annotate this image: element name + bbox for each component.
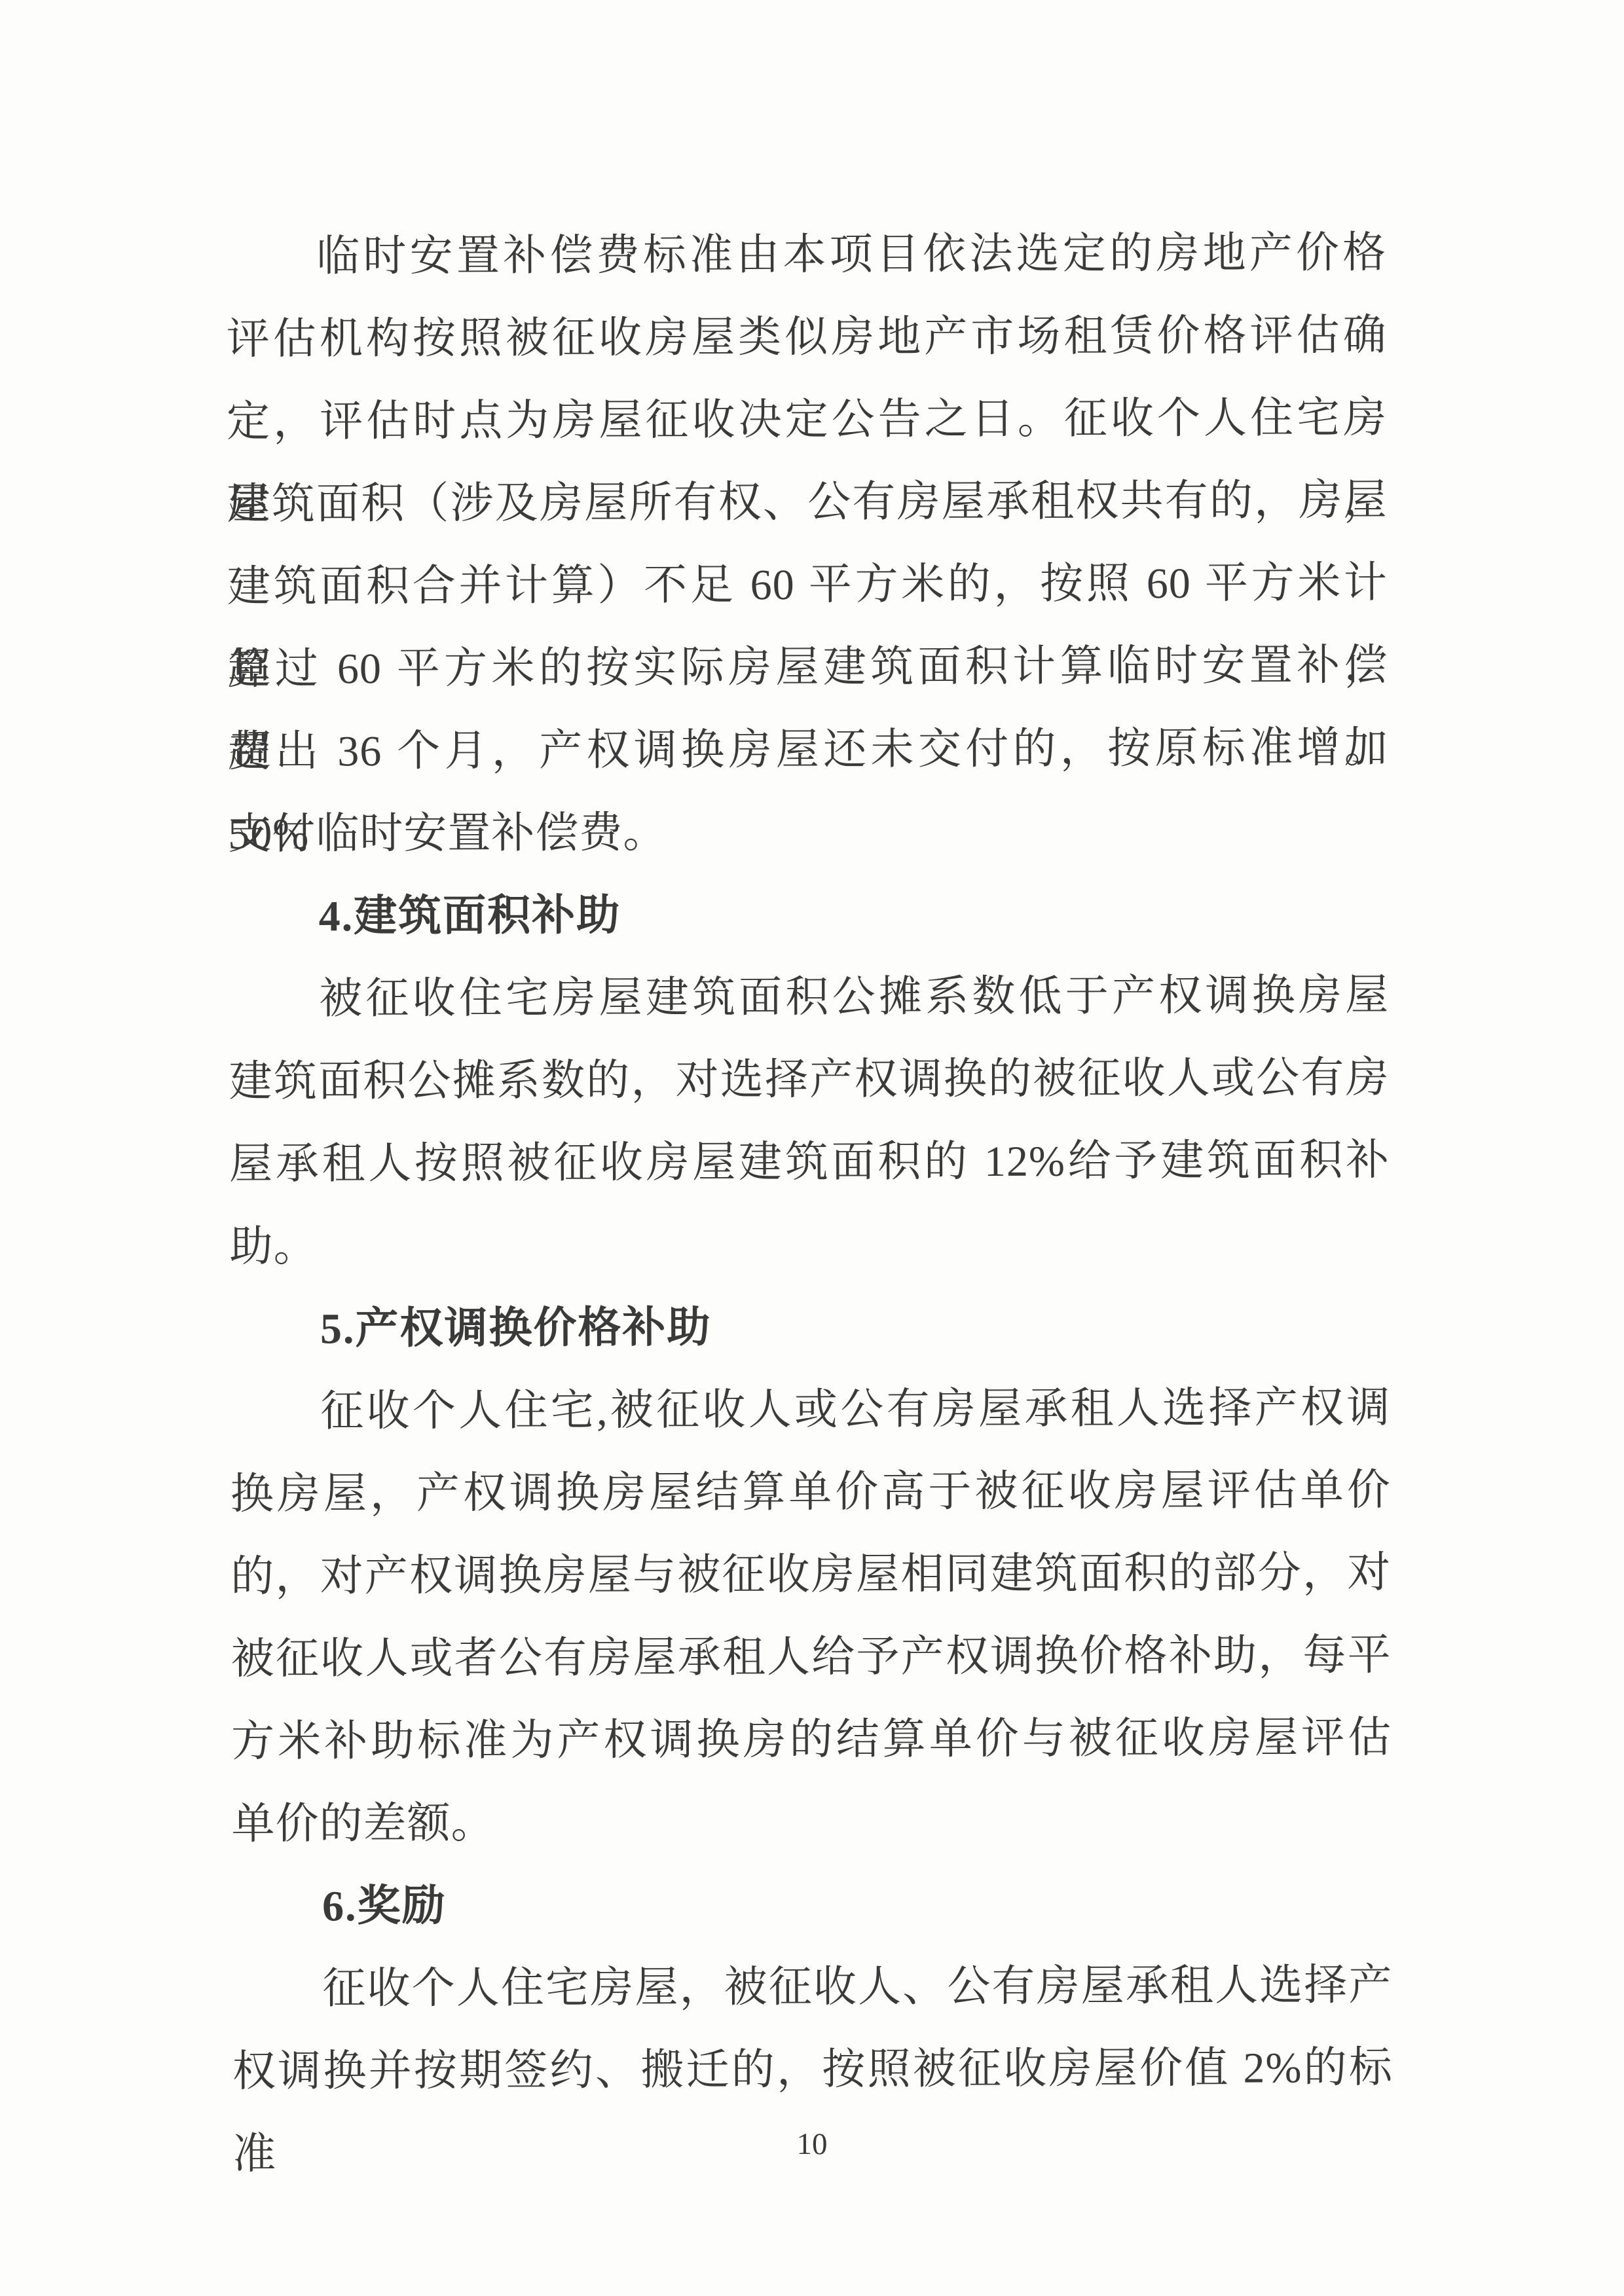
text-line: 征收个人住宅房屋，被征收人、公有房屋承租人选择产: [232, 1944, 1392, 2031]
text-line: 征收个人住宅,被征收人或公有房屋承租人选择产权调: [230, 1367, 1390, 1453]
document-page: 临时安置补偿费标准由本项目依法选定的房地产价格评估机构按照被征收房屋类似房地产市…: [0, 0, 1624, 2296]
section-heading: 4.建筑面积补助: [229, 872, 1389, 958]
text-line: 建筑面积（涉及房屋所有权、公有房屋承租权共有的，房屋: [227, 460, 1387, 546]
text-line: 权调换并按期签约、搬迁的，按照被征收房屋价值 2%的标准: [232, 2027, 1393, 2113]
text-line: 超出 36 个月，产权调换房屋还未交付的，按原标准增加 50%: [228, 707, 1388, 793]
text-line: 评估机构按照被征收房屋类似房地产市场租赁价格评估确: [226, 295, 1386, 381]
text-line: 助。: [229, 1202, 1390, 1288]
text-line: 建筑面积公摊系数的，对选择产权调换的被征收人或公有房: [229, 1037, 1389, 1123]
text-line: 建筑面积合并计算）不足 60 平方米的，按照 60 平方米计算，: [227, 542, 1388, 629]
text-line: 定，评估时点为房屋征收决定公告之日。征收个人住宅房屋，: [227, 377, 1387, 464]
page-number: 10: [0, 2126, 1624, 2162]
text-line: 方米补助标准为产权调换房的结算单价与被征收房屋评估: [231, 1697, 1392, 1783]
section-heading: 5.产权调换价格补助: [230, 1285, 1390, 1371]
text-line: 单价的差额。: [231, 1779, 1392, 1866]
text-line: 屋承租人按照被征收房屋建筑面积的 12%给予建筑面积补: [229, 1120, 1390, 1206]
document-body: 临时安置补偿费标准由本项目依法选定的房地产价格评估机构按照被征收房屋类似房地产市…: [226, 212, 1393, 2113]
text-line: 换房屋，产权调换房屋结算单价高于被征收房屋评估单价: [231, 1449, 1391, 1536]
text-line: 的，对产权调换房屋与被征收房屋相同建筑面积的部分，对: [231, 1532, 1391, 1618]
section-heading: 6.奖励: [232, 1862, 1392, 1948]
text-line: 超过 60 平方米的按实际房屋建筑面积计算临时安置补偿费。: [227, 625, 1388, 711]
text-line: 被征收人或者公有房屋承租人给予产权调换价格补助，每平: [231, 1614, 1391, 1701]
text-line: 支付临时安置补偿费。: [228, 790, 1388, 876]
text-line: 被征收住宅房屋建筑面积公摊系数低于产权调换房屋: [229, 955, 1389, 1041]
text-line: 临时安置补偿费标准由本项目依法选定的房地产价格: [226, 212, 1386, 299]
